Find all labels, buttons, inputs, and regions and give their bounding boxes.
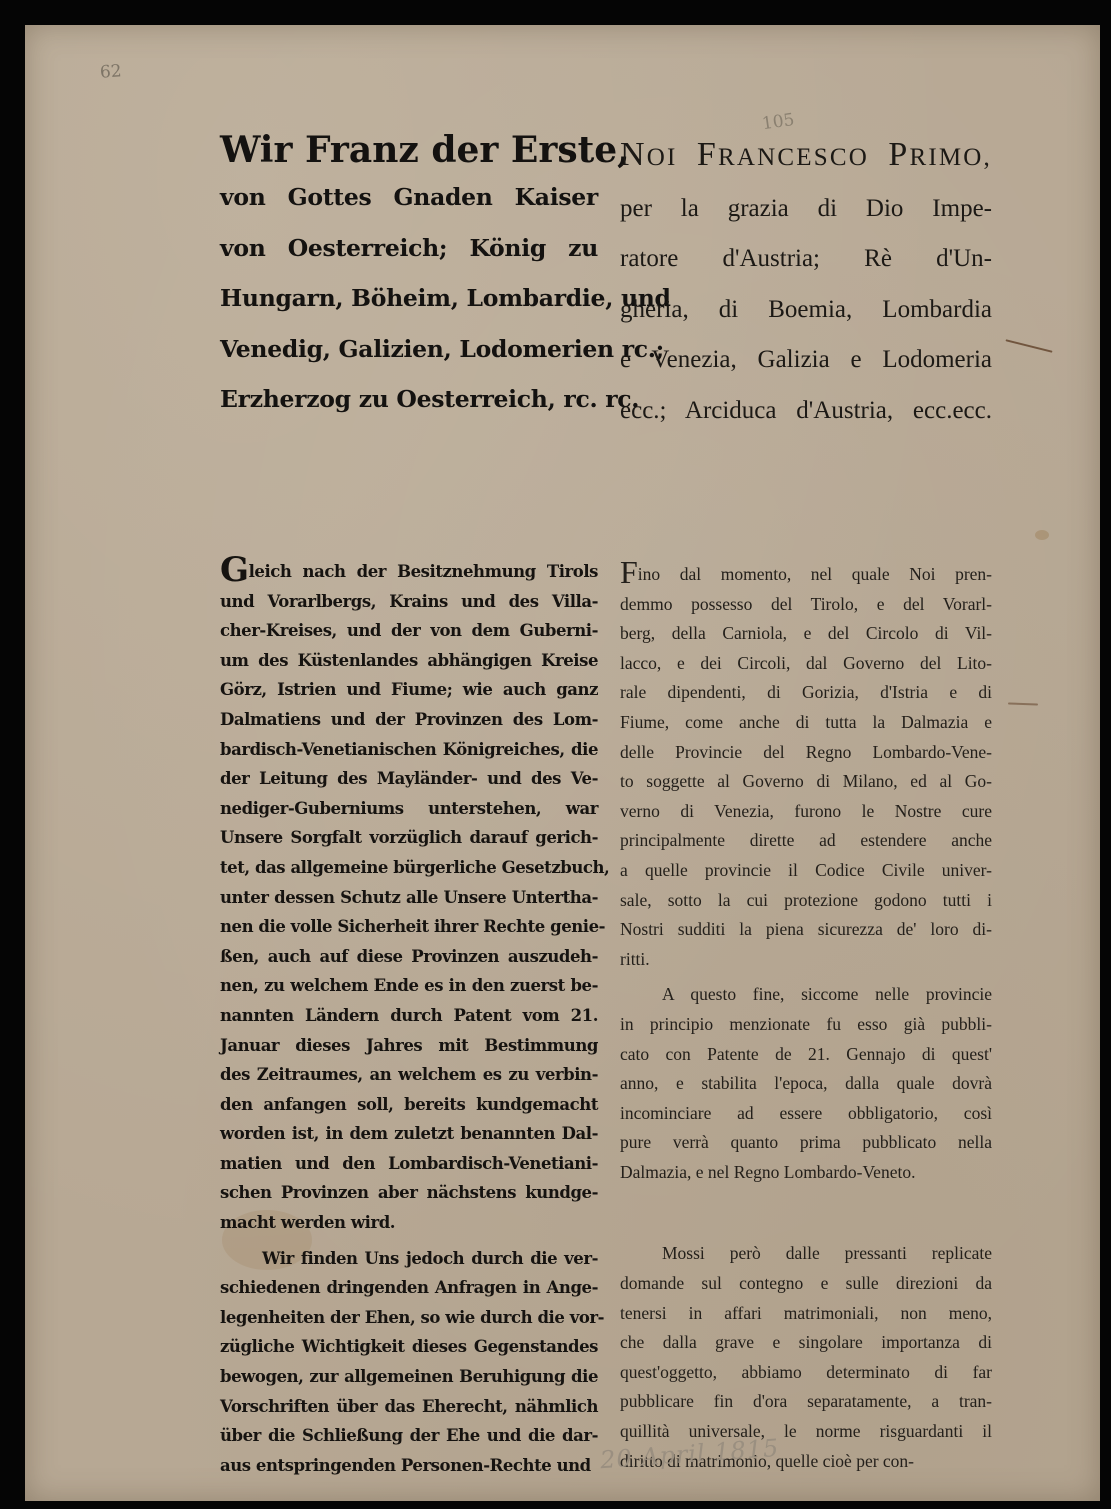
italian-header: NOI FRANCESCO PRIMO, per la grazia di Di…: [620, 130, 992, 436]
german-header-line: Erzherzog zu Oesterreich, rc. rc.: [220, 374, 598, 425]
text-line: nediger-Guberniums unterstehen, war: [220, 794, 598, 824]
text-line: cato con Patente de 21. Gennajo di quest…: [620, 1040, 992, 1070]
text-line: legenheiten der Ehen, so wie durch die v…: [220, 1303, 598, 1333]
german-header: Wir Franz der Erste, von Gottes Gnaden K…: [220, 128, 598, 425]
text-line: ritti.: [620, 945, 992, 975]
text-line: Dalmatiens und der Provinzen des Lom-: [220, 705, 598, 735]
text-line: berg, della Carniola, e del Circolo di V…: [620, 619, 992, 649]
text-line: Görz, Istrien und Fiume; wie auch ganz: [220, 675, 598, 705]
text-line: pubblicare fin d'ora separatamente, a tr…: [620, 1387, 992, 1417]
text-line: incominciare ad essere obbligatorio, cos…: [620, 1099, 992, 1129]
text-line: bardisch-Venetianischen Königreiches, di…: [220, 735, 598, 765]
text-line: delle Provincie del Regno Lombardo-Vene-: [620, 738, 992, 768]
text-line: quest'oggetto, abbiamo determinato di fa…: [620, 1358, 992, 1388]
german-header-line: von Gottes Gnaden Kaiser: [220, 172, 598, 223]
text-line: in principio menzionate fu esso già pubb…: [620, 1010, 992, 1040]
german-paragraph-1: Gleich nach der Besitznehmung Tirolsund …: [220, 556, 598, 1238]
german-header-line: von Oesterreich; König zu: [220, 223, 598, 274]
text-line: Dalmazia, e nel Regno Lombardo-Veneto.: [620, 1158, 992, 1188]
text-line: Gleich nach der Besitznehmung Tirols: [220, 556, 598, 587]
german-body: Gleich nach der Besitznehmung Tirolsund …: [220, 556, 598, 1480]
drop-cap: F: [620, 554, 638, 590]
text-line: rale dipendenti, di Gorizia, d'Istria e …: [620, 678, 992, 708]
text-line: tenersi in affari matrimoniali, non meno…: [620, 1299, 992, 1329]
text-line: sale, sotto la cui protezione godono tut…: [620, 886, 992, 916]
text-line: demmo possesso del Tirolo, e del Vorarl-: [620, 590, 992, 620]
german-header-title: Wir Franz der Erste,: [220, 128, 598, 172]
text-line: to soggette al Governo di Milano, ed al …: [620, 767, 992, 797]
italian-header-line: ecc.; Arciduca d'Austria, ecc.ecc.: [620, 386, 992, 437]
italian-header-line: per la grazia di Dio Impe-: [620, 184, 992, 235]
text-line: nen, zu welchem Ende es in den zuerst be…: [220, 971, 598, 1001]
text-line: ßen, auch auf diese Provinzen auszudeh-: [220, 942, 598, 972]
drop-cap: G: [220, 550, 249, 590]
text-line: anno, e stabilita l'epoca, dalla quale d…: [620, 1069, 992, 1099]
text-line: unter dessen Schutz alle Unsere Untertha…: [220, 883, 598, 913]
text-line: Januar dieses Jahres mit Bestimmung: [220, 1031, 598, 1061]
italian-header-line: e Venezia, Galizia e Lodomeria: [620, 335, 992, 386]
text-line: Fino dal momento, nel quale Noi pren-: [620, 558, 992, 590]
text-line: zügliche Wichtigkeit dieses Gegenstandes: [220, 1332, 598, 1362]
italian-body: Fino dal momento, nel quale Noi pren-dem…: [620, 558, 992, 1476]
text-line: a quelle provincie il Codice Civile univ…: [620, 856, 992, 886]
text-line: verno di Venezia, furono le Nostre cure: [620, 797, 992, 827]
text-line: Vorschriften über das Eherecht, nähmlich: [220, 1392, 598, 1422]
paper-stain: [1035, 530, 1049, 540]
text-line: domande sul contegno e sulle direzioni d…: [620, 1269, 992, 1299]
italian-header-line: ratore d'Austria; Rè d'Un-: [620, 234, 992, 285]
german-paragraph-2: Wir finden Uns jedoch durch die ver-schi…: [220, 1244, 598, 1481]
text-line: schen Provinzen aber nächstens kundge-: [220, 1178, 598, 1208]
german-header-line: Hungarn, Böheim, Lombardie, und: [220, 273, 598, 324]
text-line: worden ist, in dem zuletzt benannten Dal…: [220, 1119, 598, 1149]
german-header-line: Venedig, Galizien, Lodomerien rc.;: [220, 324, 598, 375]
text-line: Nostri sudditi la piena sicurezza de' lo…: [620, 915, 992, 945]
text-line: principalmente dirette ad estendere anch…: [620, 826, 992, 856]
text-line: macht werden wird.: [220, 1208, 598, 1238]
text-line: aus entspringenden Personen-Rechte und: [220, 1451, 598, 1481]
text-line: cher-Kreises, und der von dem Guberni-: [220, 616, 598, 646]
text-line: Unsere Sorgfalt vorzüglich darauf gerich…: [220, 823, 598, 853]
text-line: schiedenen dringenden Anfragen in Ange-: [220, 1273, 598, 1303]
text-line: bewogen, zur allgemeinen Beruhigung die: [220, 1362, 598, 1392]
text-line: des Zeitraumes, an welchem es zu verbin-: [220, 1060, 598, 1090]
text-line: A questo fine, siccome nelle provincie: [620, 980, 992, 1010]
text-line: pure verrà quanto prima pubblicato nella: [620, 1128, 992, 1158]
italian-header-line: gheria, di Boemia, Lombardia: [620, 285, 992, 336]
text-line: matien und den Lombardisch-Venetiani-: [220, 1149, 598, 1179]
text-line: den anfangen soll, bereits kundgemacht: [220, 1090, 598, 1120]
text-line: nannten Ländern durch Patent vom 21.: [220, 1001, 598, 1031]
text-line: che dalla grave e singolare importanza d…: [620, 1328, 992, 1358]
folio-number: 62: [99, 61, 122, 82]
text-line: nen die volle Sicherheit ihrer Rechte ge…: [220, 912, 598, 942]
italian-paragraph-1: Fino dal momento, nel quale Noi pren-dem…: [620, 558, 992, 974]
text-line: um des Küstenlandes abhängigen Kreise: [220, 646, 598, 676]
text-line: über die Schließung der Ehe und die dar-: [220, 1421, 598, 1451]
text-line: Fiume, come anche di tutta la Dalmazia e: [620, 708, 992, 738]
text-line: der Leitung des Mayländer- und des Ve-: [220, 764, 598, 794]
text-line: und Vorarlbergs, Krains und des Villa-: [220, 587, 598, 617]
italian-header-title: NOI FRANCESCO PRIMO,: [620, 130, 992, 184]
italian-paragraph-2: A questo fine, siccome nelle provinciein…: [620, 980, 992, 1187]
text-line: Wir finden Uns jedoch durch die ver-: [220, 1244, 598, 1274]
text-line: tet, das allgemeine bürgerliche Gesetzbu…: [220, 853, 598, 883]
text-line: lacco, e dei Circoli, dal Governo del Li…: [620, 649, 992, 679]
text-line: Mossi però dalle pressanti replicate: [620, 1239, 992, 1269]
